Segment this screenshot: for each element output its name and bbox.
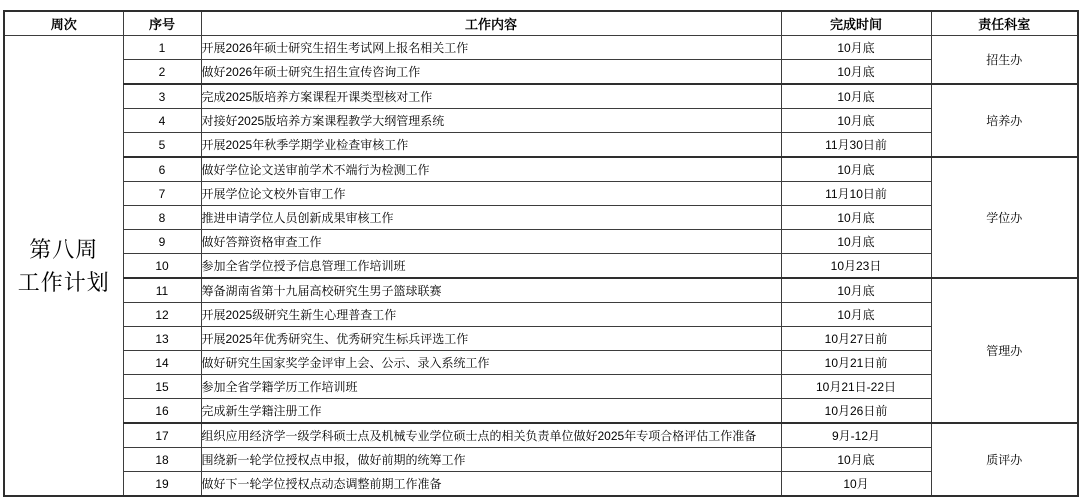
table-row: 2 做好2026年硕士研究生招生宣传咨询工作 10月底 [4, 60, 1078, 85]
dept-cell: 培养办 [931, 84, 1078, 157]
table-row: 15 参加全省学籍学历工作培训班 10月21日-22日 [4, 375, 1078, 399]
row-number-cell: 19 [123, 472, 201, 497]
row-number-cell: 13 [123, 327, 201, 351]
deadline-cell: 10月21日前 [781, 351, 931, 375]
row-number-cell: 6 [123, 157, 201, 182]
table-row: 13 开展2025年优秀研究生、优秀研究生标兵评选工作 10月27日前 [4, 327, 1078, 351]
content-cell: 做好学位论文送审前学术不端行为检测工作 [201, 157, 781, 182]
deadline-cell: 10月底 [781, 84, 931, 109]
content-cell: 对接好2025版培养方案课程教学大纲管理系统 [201, 109, 781, 133]
table-row: 12 开展2025级研究生新生心理普查工作 10月底 [4, 303, 1078, 327]
content-cell: 做好2026年硕士研究生招生宣传咨询工作 [201, 60, 781, 85]
deadline-cell: 9月-12月 [781, 423, 931, 448]
row-number-cell: 18 [123, 448, 201, 472]
header-deadline: 完成时间 [781, 11, 931, 36]
row-number-cell: 4 [123, 109, 201, 133]
content-cell: 组织应用经济学一级学科硕士点及机械专业学位硕士点的相关负责单位做好2025年专项… [201, 423, 781, 448]
header-no: 序号 [123, 11, 201, 36]
content-cell: 做好研究生国家奖学金评审上会、公示、录入系统工作 [201, 351, 781, 375]
table-row: 7 开展学位论文校外盲审工作 11月10日前 [4, 182, 1078, 206]
header-content: 工作内容 [201, 11, 781, 36]
header-row: 周次 序号 工作内容 完成时间 责任科室 [4, 11, 1078, 36]
row-number-cell: 10 [123, 254, 201, 279]
content-cell: 做好下一轮学位授权点动态调整前期工作准备 [201, 472, 781, 497]
table-row: 19 做好下一轮学位授权点动态调整前期工作准备 10月 [4, 472, 1078, 497]
deadline-cell: 10月底 [781, 60, 931, 85]
week-label-line2: 工作计划 [5, 266, 123, 299]
week-cell: 第八周 工作计划 [4, 36, 123, 497]
deadline-cell: 10月底 [781, 278, 931, 303]
deadline-cell: 10月21日-22日 [781, 375, 931, 399]
table-row: 17 组织应用经济学一级学科硕士点及机械专业学位硕士点的相关负责单位做好2025… [4, 423, 1078, 448]
content-cell: 参加全省学籍学历工作培训班 [201, 375, 781, 399]
header-dept: 责任科室 [931, 11, 1078, 36]
table-row: 10 参加全省学位授予信息管理工作培训班 10月23日 [4, 254, 1078, 279]
content-cell: 完成2025版培养方案课程开课类型核对工作 [201, 84, 781, 109]
row-number-cell: 14 [123, 351, 201, 375]
content-cell: 完成新生学籍注册工作 [201, 399, 781, 424]
deadline-cell: 11月30日前 [781, 133, 931, 158]
dept-cell: 质评办 [931, 423, 1078, 496]
deadline-cell: 10月 [781, 472, 931, 497]
row-number-cell: 5 [123, 133, 201, 158]
deadline-cell: 10月底 [781, 109, 931, 133]
row-number-cell: 3 [123, 84, 201, 109]
deadline-cell: 10月底 [781, 230, 931, 254]
content-cell: 做好答辩资格审查工作 [201, 230, 781, 254]
deadline-cell: 10月23日 [781, 254, 931, 279]
table-row: 6 做好学位论文送审前学术不端行为检测工作 10月底 学位办 [4, 157, 1078, 182]
content-cell: 推进申请学位人员创新成果审核工作 [201, 206, 781, 230]
deadline-cell: 10月底 [781, 157, 931, 182]
header-week: 周次 [4, 11, 123, 36]
deadline-cell: 10月27日前 [781, 327, 931, 351]
deadline-cell: 10月底 [781, 303, 931, 327]
row-number-cell: 9 [123, 230, 201, 254]
content-cell: 开展2025年秋季学期学业检查审核工作 [201, 133, 781, 158]
table-row: 8 推进申请学位人员创新成果审核工作 10月底 [4, 206, 1078, 230]
table-row: 4 对接好2025版培养方案课程教学大纲管理系统 10月底 [4, 109, 1078, 133]
dept-cell: 招生办 [931, 36, 1078, 85]
content-cell: 围绕新一轮学位授权点申报，做好前期的统筹工作 [201, 448, 781, 472]
row-number-cell: 15 [123, 375, 201, 399]
table-row: 16 完成新生学籍注册工作 10月26日前 [4, 399, 1078, 424]
table-row: 5 开展2025年秋季学期学业检查审核工作 11月30日前 [4, 133, 1078, 158]
table-row: 第八周 工作计划 1 开展2026年硕士研究生招生考试网上报名相关工作 10月底… [4, 36, 1078, 60]
row-number-cell: 1 [123, 36, 201, 60]
week-label-line1: 第八周 [5, 233, 123, 266]
row-number-cell: 11 [123, 278, 201, 303]
content-cell: 开展2025年优秀研究生、优秀研究生标兵评选工作 [201, 327, 781, 351]
table-row: 18 围绕新一轮学位授权点申报，做好前期的统筹工作 10月底 [4, 448, 1078, 472]
row-number-cell: 17 [123, 423, 201, 448]
work-plan-sheet: 周次 序号 工作内容 完成时间 责任科室 第八周 工作计划 1 开展2026年硕… [3, 10, 1079, 497]
deadline-cell: 10月26日前 [781, 399, 931, 424]
table-row: 11 筹备湖南省第十九届高校研究生男子篮球联赛 10月底 管理办 [4, 278, 1078, 303]
table-row: 9 做好答辩资格审查工作 10月底 [4, 230, 1078, 254]
content-cell: 开展学位论文校外盲审工作 [201, 182, 781, 206]
deadline-cell: 11月10日前 [781, 182, 931, 206]
table-row: 3 完成2025版培养方案课程开课类型核对工作 10月底 培养办 [4, 84, 1078, 109]
row-number-cell: 16 [123, 399, 201, 424]
content-cell: 筹备湖南省第十九届高校研究生男子篮球联赛 [201, 278, 781, 303]
deadline-cell: 10月底 [781, 206, 931, 230]
content-cell: 参加全省学位授予信息管理工作培训班 [201, 254, 781, 279]
dept-cell: 学位办 [931, 157, 1078, 278]
dept-cell: 管理办 [931, 278, 1078, 423]
row-number-cell: 8 [123, 206, 201, 230]
deadline-cell: 10月底 [781, 448, 931, 472]
deadline-cell: 10月底 [781, 36, 931, 60]
row-number-cell: 2 [123, 60, 201, 85]
content-cell: 开展2025级研究生新生心理普查工作 [201, 303, 781, 327]
table-row: 14 做好研究生国家奖学金评审上会、公示、录入系统工作 10月21日前 [4, 351, 1078, 375]
content-cell: 开展2026年硕士研究生招生考试网上报名相关工作 [201, 36, 781, 60]
row-number-cell: 12 [123, 303, 201, 327]
row-number-cell: 7 [123, 182, 201, 206]
work-plan-table: 周次 序号 工作内容 完成时间 责任科室 第八周 工作计划 1 开展2026年硕… [3, 10, 1079, 497]
